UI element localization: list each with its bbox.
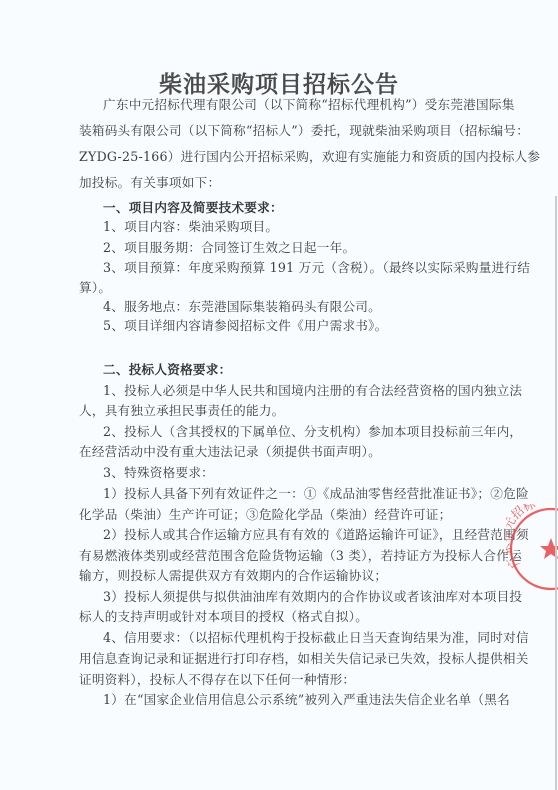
section2-line: 证明资料），投标人不得存在以下任何一种情形： <box>79 672 475 688</box>
section2-line: 2、投标人（含其授权的下属单位、分支机构）参加本项目投标前三年内， <box>103 424 475 440</box>
section2-line: 3）投标人须提供与拟供油油库有效期内的合作协议或者该油库对本项目投 <box>103 589 475 605</box>
section2-line: 2）投标人或其合作运输方应具有有效的《道路运输许可证》，且经营范围须 <box>103 527 475 543</box>
section2-line: 用信息查询记录和证据进行打印存档，如相关失信记录已失效，投标人提供相关 <box>79 651 475 667</box>
section2-line: 在经营活动中没有重大违法记录（须提供书面声明）。 <box>79 444 475 460</box>
section2-line: 4、信用要求：（以招标代理机构于投标截止日当天查询结果为准，同时对信 <box>103 630 475 646</box>
document-page: 柴油采购项目招标公告 广东中元招标代理有限公司（以下简称“招标代理机构”）受东莞… <box>0 0 558 790</box>
section2-line: 有易燃液体类别或经营范围含危险货物运输（3 类），若持证方为投标人合作运 <box>79 548 475 564</box>
section2-line: 标人的支持声明或针对本项目的授权（格式自拟）。 <box>79 609 475 625</box>
section-heading-1: 一、项目内容及简要技术要求： <box>103 200 475 216</box>
section1-line: 5、项目详细内容请参阅招标文件《用户需求书》。 <box>103 318 475 334</box>
page-edge-line <box>555 196 557 790</box>
intro-line: 广东中元招标代理有限公司（以下简称“招标代理机构”）受东莞港国际集 <box>103 97 475 113</box>
section-heading-2: 二、投标人资格要求： <box>103 362 475 378</box>
section2-line: 1）在“国家企业信用信息公示系统”被列入严重违法失信企业名单（黑名 <box>103 692 475 708</box>
section2-line: 3、特殊资格要求： <box>103 465 475 481</box>
section1-line: 2、项目服务期：合同签订生效之日起一年。 <box>103 240 475 256</box>
section2-line: 化学品（柴油）生产许可证；③危险化学品（柴油）经营许可证； <box>79 507 475 523</box>
section2-line: 1）投标人具备下列有效证件之一：①《成品油零售经营批准证书》；②危险 <box>103 486 475 502</box>
section2-line: 1、投标人必须是中华人民共和国境内注册的有合法经营资格的国内独立法 <box>103 383 475 399</box>
intro-line: ZYDG-25-166）进行国内公开招标采购，欢迎有实施能力和资质的国内投标人参 <box>79 149 475 165</box>
section2-line: 输方，则投标人需提供双方有效期内的合作运输协议； <box>79 568 475 584</box>
company-seal-stamp: 广东中元招标 <box>506 504 558 594</box>
intro-line: 装箱码头有限公司（以下简称“招标人”）委托，现就柴油采购项目（招标编号： <box>79 123 475 139</box>
intro-line: 加投标。有关事项如下： <box>79 175 475 191</box>
section1-line: 3、项目预算：年度采购预算 191 万元（含税）。（最终以实际采购量进行结 <box>103 260 475 276</box>
section2-line: 人，具有独立承担民事责任的能力。 <box>79 403 475 419</box>
section1-line: 算）。 <box>79 280 475 296</box>
section1-line: 4、服务地点：东莞港国际集装箱码头有限公司。 <box>103 299 475 315</box>
document-title: 柴油采购项目招标公告 <box>0 66 558 99</box>
section1-line: 1、项目内容：柴油采购项目。 <box>103 219 475 235</box>
